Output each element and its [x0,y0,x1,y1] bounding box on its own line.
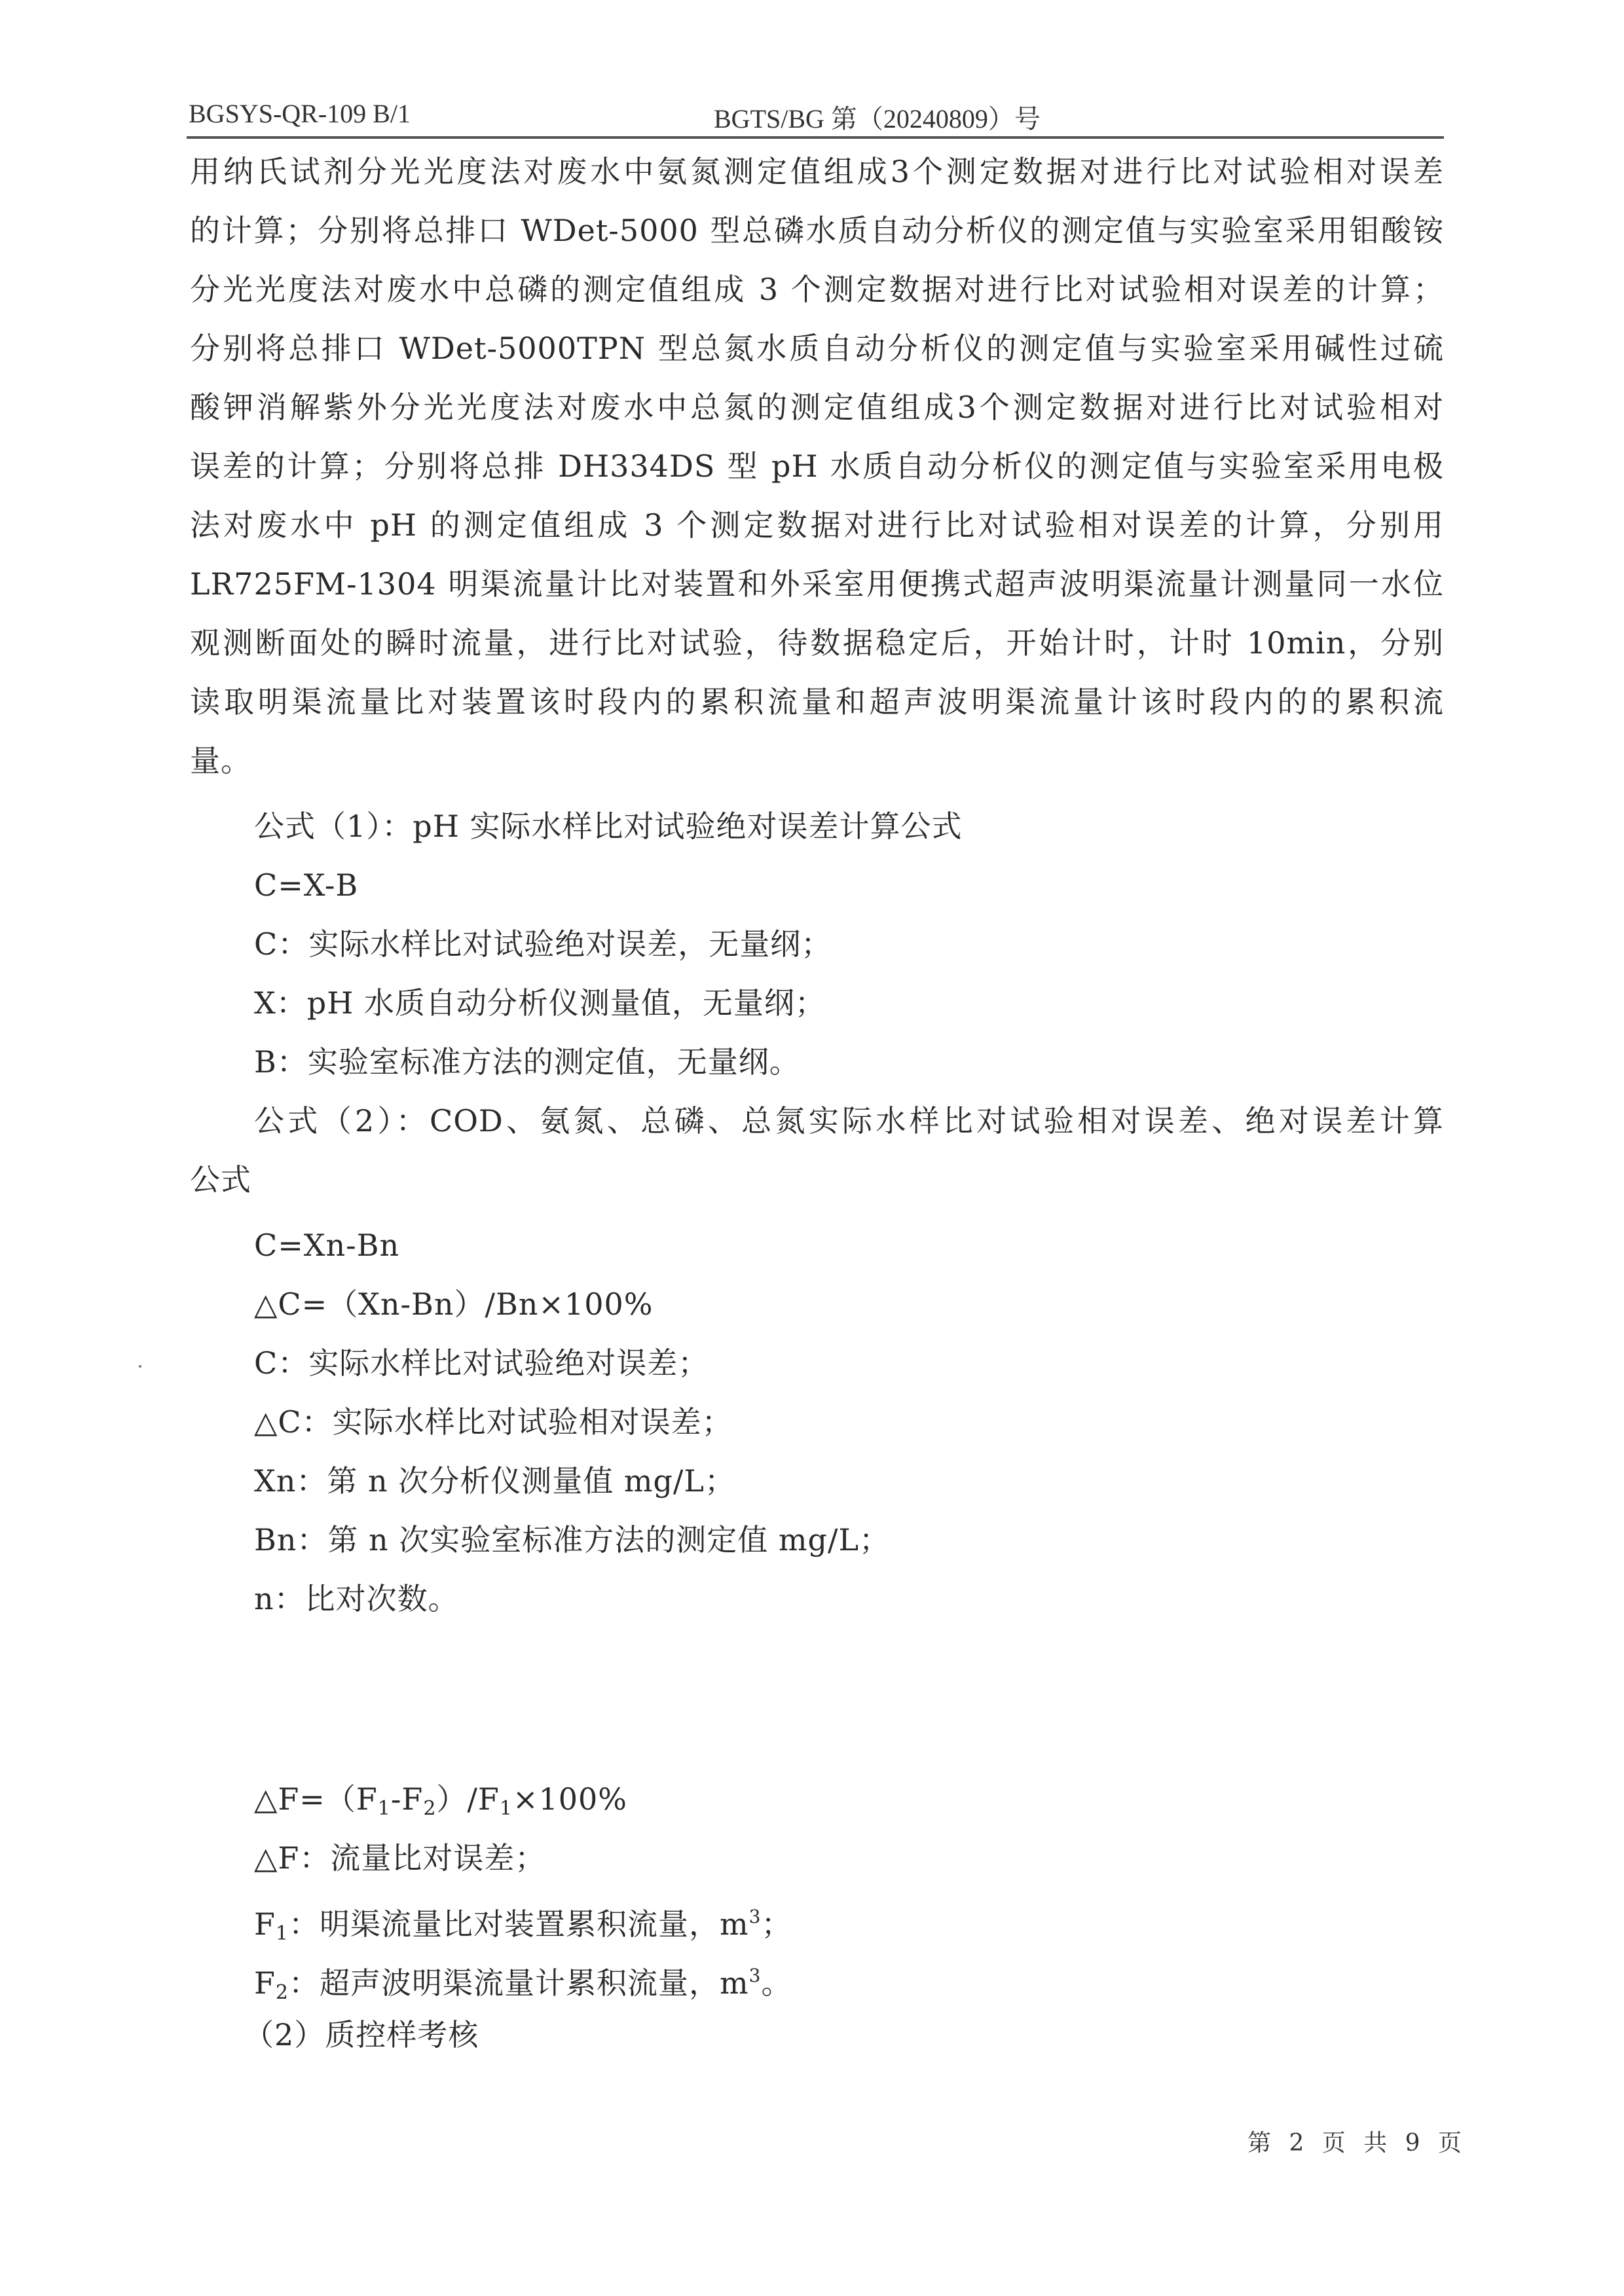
formula-2-eq-abs: C=Xn-Bn [254,1226,399,1265]
section-heading: （2）质控样考核 [244,2015,479,2054]
def-text: ：超声波明渠流量计累积流量，m [289,1965,749,2001]
formula-2-def: Xn：第 n 次分析仪测量值 mg/L； [254,1461,735,1501]
paragraph-line: 用纳氏试剂分光光度法对废水中氨氮测定值组成3个测定数据对进行比对试验相对误差 [190,152,1444,191]
formula-3-def-F1: F1：明渠流量比对装置累积流量，m3； [254,1897,792,1954]
def-superscript: 3 [749,1965,762,1986]
formula-3-def-dF: △F：流量比对误差； [254,1838,545,1878]
paragraph-line: LR725FM-1304 明渠流量计比对装置和外采室用便携式超声波明渠流量计测量… [190,564,1444,604]
eq-text: ）/F [436,1781,499,1817]
formula-2-def: △C：实际水样比对试验相对误差； [254,1402,733,1442]
paragraph-line: 分别将总排口 WDet-5000TPN 型总氮水质自动分析仪的测定值与实验室采用… [190,329,1444,368]
paragraph-line: 的计算；分别将总排口 WDet-5000 型总磷水质自动分析仪的测定值与实验室采… [190,211,1444,250]
formula-2-title: 公式（2）：COD、氨氮、总磷、总氮实际水样比对试验相对误差、绝对误差计算 [254,1101,1444,1140]
def-label: F [254,1906,276,1942]
def-subscript: 1 [276,1922,289,1945]
document-code: BGSYS-QR-109 B/1 [189,98,411,129]
eq-text: ×100% [513,1781,627,1817]
formula-2-def: C：实际水样比对试验绝对误差； [254,1343,709,1383]
formula-1-equation: C=X-B [254,866,358,905]
scan-speck [139,1365,141,1368]
paragraph-line: 法对废水中 pH 的测定值组成 3 个测定数据对进行比对试验相对误差的计算，分别… [190,505,1444,545]
eq-text: -F [391,1781,423,1817]
def-text: ； [761,1906,792,1942]
def-superscript: 3 [749,1906,762,1927]
eq-subscript: 2 [423,1797,436,1820]
formula-1-def: C：实际水样比对试验绝对误差，无量纲； [254,924,832,964]
formula-1-def: X：pH 水质自动分析仪测量值，无量纲； [254,983,826,1023]
page-number: 第 2 页 共 9 页 [1247,2124,1467,2158]
formula-1-title: 公式（1）：pH 实际水样比对试验绝对误差计算公式 [254,807,962,846]
def-subscript: 2 [276,1981,289,2004]
paragraph-line: 观测断面处的瞬时流量，进行比对试验，待数据稳定后，开始计时，计时 10min，分… [190,623,1444,663]
eq-subscript: 1 [500,1797,513,1820]
header-divider [187,136,1444,139]
def-label: F [254,1965,276,2001]
formula-2-title-cont: 公式 [190,1160,251,1199]
formula-1-def: B：实验室标准方法的测定值，无量纲。 [254,1042,800,1082]
formula-3-def-F2: F2：超声波明渠流量计累积流量，m3。 [254,1956,792,2013]
paragraph-line: 读取明渠流量比对装置该时段内的累积流量和超声波明渠流量计该时段内的的累积流 [190,682,1444,721]
formula-3-equation: △F=（F1-F2）/F1×100% [254,1779,627,1829]
formula-2-def: Bn：第 n 次实验室标准方法的测定值 mg/L； [254,1520,890,1559]
paragraph-line: 分光光度法对废水中总磷的测定值组成 3 个测定数据对进行比对试验相对误差的计算； [190,270,1444,309]
def-text: ：明渠流量比对装置累积流量，m [289,1906,749,1942]
report-number: BGTS/BG 第（20240809）号 [714,98,1041,136]
paragraph-line: 量。 [190,741,251,780]
paragraph-line: 误差的计算；分别将总排 DH334DS 型 pH 水质自动分析仪的测定值与实验室… [190,446,1444,486]
formula-2-def: n：比对次数。 [254,1579,459,1618]
formula-2-eq-rel: △C=（Xn-Bn）/Bn×100% [254,1285,653,1324]
eq-text: △F=（F [254,1781,378,1817]
paragraph-line: 酸钾消解紫外分光光度法对废水中总氮的测定值组成3个测定数据对进行比对试验相对 [190,388,1444,427]
def-text: 。 [761,1965,792,2001]
eq-subscript: 1 [378,1797,391,1820]
